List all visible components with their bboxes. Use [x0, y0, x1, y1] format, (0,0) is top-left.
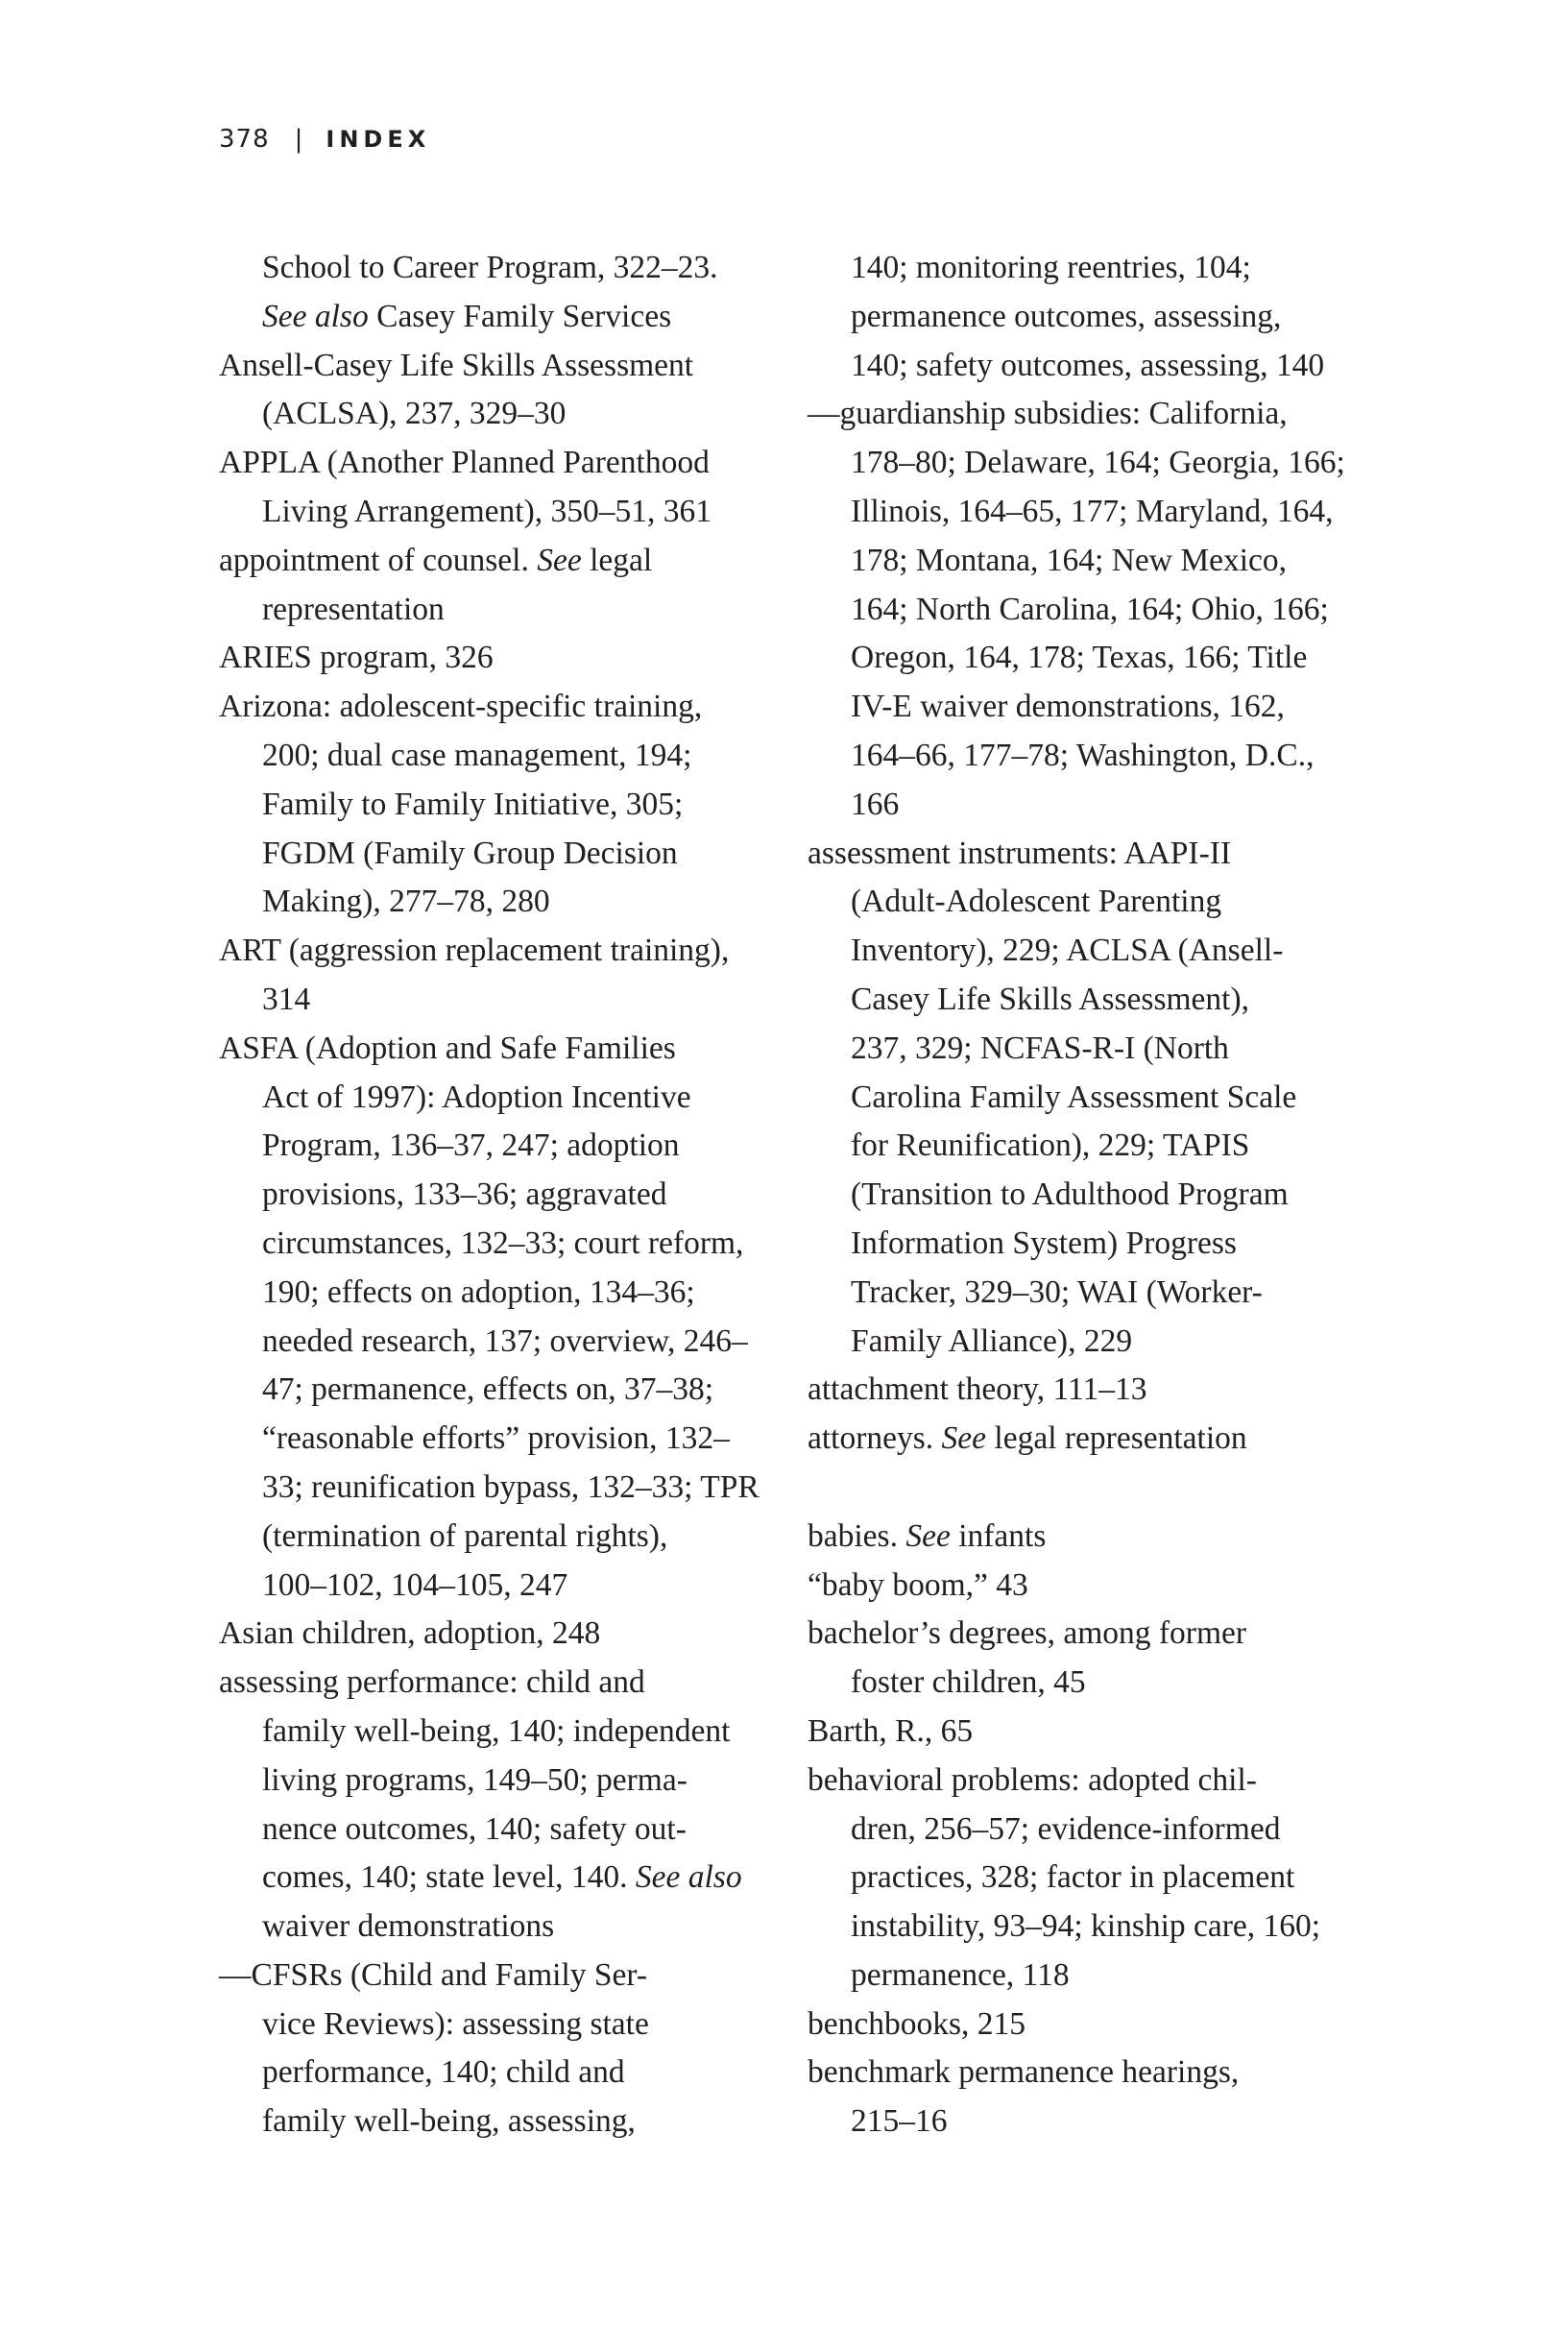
index-column-right: 140; monitoring reentries, 104;permanenc…	[808, 244, 1384, 2146]
entry-text: provisions, 133–36; aggravated	[262, 1176, 666, 1212]
index-entry-continuation: (Adult-Adolescent Parenting	[808, 878, 1384, 927]
page-number: 378	[219, 125, 270, 154]
entry-text: instability, 93–94; kinship care, 160;	[851, 1908, 1320, 1944]
entry-text: practices, 328; factor in placement	[851, 1859, 1294, 1895]
index-entry-continuation: FGDM (Family Group Decision	[219, 830, 795, 879]
entry-text: nence outcomes, 140; safety out-	[262, 1811, 687, 1847]
entry-text: 178; Montana, 164; New Mexico,	[851, 543, 1287, 578]
entry-text: bachelor’s degrees, among former	[808, 1615, 1246, 1651]
index-entry-continuation: representation	[219, 586, 795, 635]
index-entry: Asian children, adoption, 248	[219, 1610, 795, 1659]
index-entry: ARIES program, 326	[219, 634, 795, 683]
entry-text: needed research, 137; overview, 246–	[262, 1323, 748, 1359]
entry-text: 215–16	[851, 2103, 948, 2139]
index-entry: appointment of counsel. See legal	[219, 537, 795, 586]
index-entry-continuation: nence outcomes, 140; safety out-	[219, 1806, 795, 1855]
index-entry-continuation: Information System) Progress	[808, 1220, 1384, 1269]
index-entry-continuation: 237, 329; NCFAS-R-I (North	[808, 1025, 1384, 1074]
entry-text: legal representation	[986, 1420, 1247, 1456]
entry-text: (Adult-Adolescent Parenting	[851, 884, 1221, 919]
entry-text: babies.	[808, 1518, 905, 1554]
entry-text: School to Career Program, 322–23.	[262, 250, 718, 285]
entry-text: 164; North Carolina, 164; Ohio, 166;	[851, 592, 1329, 627]
index-entry: benchmark permanence hearings,	[808, 2049, 1384, 2097]
index-entry-continuation: 47; permanence, effects on, 37–38;	[219, 1366, 795, 1415]
entry-text: attorneys.	[808, 1420, 942, 1456]
entry-text: 140; safety outcomes, assessing, 140	[851, 348, 1324, 383]
entry-text: legal	[582, 543, 652, 578]
entry-text: IV-E waiver demonstrations, 162,	[851, 689, 1285, 724]
cross-reference-label: See	[905, 1518, 951, 1554]
entry-text: —guardianship subsidies: California,	[808, 396, 1288, 431]
index-entry: Ansell-Casey Life Skills Assessment	[219, 342, 795, 391]
entry-text: behavioral problems: adopted chil-	[808, 1762, 1257, 1798]
entry-text: 237, 329; NCFAS-R-I (North	[851, 1031, 1229, 1066]
index-entry: assessing performance: child and	[219, 1659, 795, 1708]
index-entry-continuation: 140; monitoring reentries, 104;	[808, 244, 1384, 293]
section-title: INDEX	[326, 126, 430, 153]
index-entry: ASFA (Adoption and Safe Families	[219, 1025, 795, 1074]
index-entry-continuation: (termination of parental rights),	[219, 1513, 795, 1562]
index-column-left: School to Career Program, 322–23.See als…	[219, 244, 795, 2146]
index-entry-continuation: 164; North Carolina, 164; Ohio, 166;	[808, 586, 1384, 635]
entry-text: FGDM (Family Group Decision	[262, 836, 678, 871]
entry-text: 200; dual case management, 194;	[262, 738, 691, 773]
index-entry-continuation: permanence outcomes, assessing,	[808, 293, 1384, 342]
index-entry-continuation: 140; safety outcomes, assessing, 140	[808, 342, 1384, 391]
cross-reference-label: See	[537, 543, 582, 578]
entry-text: benchbooks, 215	[808, 2006, 1025, 2042]
index-entry-continuation: provisions, 133–36; aggravated	[219, 1171, 795, 1220]
index-entry: ART (aggression replacement training),	[219, 927, 795, 976]
entry-text: 164–66, 177–78; Washington, D.C.,	[851, 738, 1314, 773]
entry-text: Ansell-Casey Life Skills Assessment	[219, 348, 693, 383]
entry-text: “reasonable efforts” provision, 132–	[262, 1420, 730, 1456]
entry-text: permanence, 118	[851, 1957, 1070, 1993]
entry-text: vice Reviews): assessing state	[262, 2006, 649, 2042]
index-entry: bachelor’s degrees, among former	[808, 1610, 1384, 1659]
entry-text: attachment theory, 111–13	[808, 1371, 1147, 1407]
entry-text: Living Arrangement), 350–51, 361	[262, 494, 712, 529]
entry-text: Information System) Progress	[851, 1225, 1237, 1261]
entry-text: representation	[262, 592, 445, 627]
index-entry-continuation: (Transition to Adulthood Program	[808, 1171, 1384, 1220]
entry-text: comes, 140; state level, 140.	[262, 1859, 636, 1895]
index-entry-continuation: School to Career Program, 322–23.	[219, 244, 795, 293]
header-separator: |	[295, 123, 303, 156]
entry-text: foster children, 45	[851, 1664, 1086, 1700]
index-entry-continuation: Family to Family Initiative, 305;	[219, 781, 795, 830]
entry-text: Arizona: adolescent-specific training,	[219, 689, 702, 724]
entry-text: 140; monitoring reentries, 104;	[851, 250, 1251, 285]
running-head: 378|INDEX	[219, 123, 430, 156]
entry-text: living programs, 149–50; perma-	[262, 1762, 688, 1798]
index-entry-continuation: instability, 93–94; kinship care, 160;	[808, 1903, 1384, 1952]
entry-text: assessment instruments: AAPI-II	[808, 836, 1231, 871]
entry-text: 47; permanence, effects on, 37–38;	[262, 1371, 713, 1407]
entry-text: Family Alliance), 229	[851, 1323, 1132, 1359]
index-entry-continuation: 314	[219, 976, 795, 1025]
entry-text: benchmark permanence hearings,	[808, 2054, 1239, 2090]
index-entry-continuation: Carolina Family Assessment Scale	[808, 1074, 1384, 1123]
index-entry-continuation: 215–16	[808, 2097, 1384, 2146]
entry-text: Barth, R., 65	[808, 1713, 973, 1749]
entry-text: Making), 277–78, 280	[262, 884, 550, 919]
entry-text: Illinois, 164–65, 177; Maryland, 164,	[851, 494, 1333, 529]
entry-text: —CFSRs (Child and Family Ser-	[219, 1957, 647, 1993]
entry-text: (termination of parental rights),	[262, 1518, 667, 1554]
entry-text: Act of 1997): Adoption Incentive	[262, 1079, 691, 1115]
entry-text: for Reunification), 229; TAPIS	[851, 1128, 1249, 1163]
index-entry-continuation: for Reunification), 229; TAPIS	[808, 1122, 1384, 1171]
letter-group-gap	[808, 1464, 1384, 1513]
entry-text: 100–102, 104–105, 247	[262, 1567, 567, 1603]
index-entry: —guardianship subsidies: California,	[808, 390, 1384, 439]
index-entry-continuation: circumstances, 132–33; court reform,	[219, 1220, 795, 1269]
entry-text: family well-being, 140; independent	[262, 1713, 730, 1749]
entry-text: ART (aggression replacement training),	[219, 933, 729, 968]
index-entry-continuation: Making), 277–78, 280	[219, 878, 795, 927]
index-entry-continuation: 190; effects on adoption, 134–36;	[219, 1269, 795, 1318]
index-entry-continuation: 100–102, 104–105, 247	[219, 1562, 795, 1611]
entry-text: dren, 256–57; evidence-informed	[851, 1811, 1280, 1847]
entry-text: infants	[951, 1518, 1047, 1554]
index-entry: APPLA (Another Planned Parenthood	[219, 439, 795, 488]
entry-text: assessing performance: child and	[219, 1664, 645, 1700]
index-entry-continuation: 166	[808, 781, 1384, 830]
entry-text: Program, 136–37, 247; adoption	[262, 1128, 680, 1163]
index-entry-continuation: Casey Life Skills Assessment),	[808, 976, 1384, 1025]
index-entry-continuation: 178–80; Delaware, 164; Georgia, 166;	[808, 439, 1384, 488]
entry-text: Tracker, 329–30; WAI (Worker-	[851, 1274, 1263, 1310]
index-entry-continuation: living programs, 149–50; perma-	[219, 1757, 795, 1806]
index-entry-continuation: comes, 140; state level, 140. See also	[219, 1854, 795, 1903]
index-entry-continuation: 200; dual case management, 194;	[219, 732, 795, 781]
entry-text: Carolina Family Assessment Scale	[851, 1079, 1296, 1115]
index-entry: —CFSRs (Child and Family Ser-	[219, 1952, 795, 2000]
entry-text: 33; reunification bypass, 132–33; TPR	[262, 1469, 760, 1505]
index-entry: assessment instruments: AAPI-II	[808, 830, 1384, 879]
entry-text: ARIES program, 326	[219, 640, 494, 675]
index-entry-continuation: foster children, 45	[808, 1659, 1384, 1708]
cross-reference-label: See also	[262, 299, 369, 334]
index-entry-continuation: “reasonable efforts” provision, 132–	[219, 1415, 795, 1464]
index-entry-continuation: vice Reviews): assessing state	[219, 2000, 795, 2049]
index-entry-continuation: Illinois, 164–65, 177; Maryland, 164,	[808, 488, 1384, 537]
index-entry-continuation: IV-E waiver demonstrations, 162,	[808, 683, 1384, 732]
entry-text: family well-being, assessing,	[262, 2103, 636, 2139]
entry-text: (Transition to Adulthood Program	[851, 1176, 1289, 1212]
entry-text: 190; effects on adoption, 134–36;	[262, 1274, 695, 1310]
index-entry-continuation: family well-being, assessing,	[219, 2097, 795, 2146]
index-entry-continuation: See also Casey Family Services	[219, 293, 795, 342]
entry-text: appointment of counsel.	[219, 543, 537, 578]
cross-reference-label: See	[942, 1420, 987, 1456]
entry-text: waiver demonstrations	[262, 1908, 554, 1944]
index-entry-continuation: family well-being, 140; independent	[219, 1708, 795, 1757]
index-entry: Barth, R., 65	[808, 1708, 1384, 1757]
index-entry-continuation: Act of 1997): Adoption Incentive	[219, 1074, 795, 1123]
index-entry-continuation: 33; reunification bypass, 132–33; TPR	[219, 1464, 795, 1513]
entry-text: Family to Family Initiative, 305;	[262, 787, 683, 822]
index-entry: “baby boom,” 43	[808, 1562, 1384, 1611]
entry-text: Casey Life Skills Assessment),	[851, 982, 1249, 1017]
index-entry-continuation: Oregon, 164, 178; Texas, 166; Title	[808, 634, 1384, 683]
entry-text: “baby boom,” 43	[808, 1567, 1028, 1603]
index-entry-continuation: performance, 140; child and	[219, 2049, 795, 2097]
entry-text: performance, 140; child and	[262, 2054, 625, 2090]
entry-text: Casey Family Services	[369, 299, 671, 334]
entry-text: APPLA (Another Planned Parenthood	[219, 445, 710, 480]
index-entry: behavioral problems: adopted chil-	[808, 1757, 1384, 1806]
index-entry-continuation: Family Alliance), 229	[808, 1318, 1384, 1367]
index-entry: Arizona: adolescent-specific training,	[219, 683, 795, 732]
index-entry-continuation: waiver demonstrations	[219, 1903, 795, 1952]
index-entry-continuation: Inventory), 229; ACLSA (Ansell-	[808, 927, 1384, 976]
entry-text: Inventory), 229; ACLSA (Ansell-	[851, 933, 1283, 968]
index-entry-continuation: dren, 256–57; evidence-informed	[808, 1806, 1384, 1855]
index-entry-continuation: (ACLSA), 237, 329–30	[219, 390, 795, 439]
index-entry: attorneys. See legal representation	[808, 1415, 1384, 1464]
index-entry-continuation: Tracker, 329–30; WAI (Worker-	[808, 1269, 1384, 1318]
index-entry-continuation: practices, 328; factor in placement	[808, 1854, 1384, 1903]
index-entry-continuation: needed research, 137; overview, 246–	[219, 1318, 795, 1367]
entry-text: 166	[851, 787, 899, 822]
index-entry-continuation: 178; Montana, 164; New Mexico,	[808, 537, 1384, 586]
entry-text: Asian children, adoption, 248	[219, 1615, 600, 1651]
index-entry-continuation: 164–66, 177–78; Washington, D.C.,	[808, 732, 1384, 781]
cross-reference-label: See also	[636, 1859, 742, 1895]
index-entry: attachment theory, 111–13	[808, 1366, 1384, 1415]
index-entry-continuation: Program, 136–37, 247; adoption	[219, 1122, 795, 1171]
entry-text: permanence outcomes, assessing,	[851, 299, 1281, 334]
entry-text: (ACLSA), 237, 329–30	[262, 396, 566, 431]
entry-text: 178–80; Delaware, 164; Georgia, 166;	[851, 445, 1345, 480]
entry-text: circumstances, 132–33; court reform,	[262, 1225, 743, 1261]
index-entry-continuation: Living Arrangement), 350–51, 361	[219, 488, 795, 537]
index-entry: babies. See infants	[808, 1513, 1384, 1562]
index-entry: benchbooks, 215	[808, 2000, 1384, 2049]
entry-text: Oregon, 164, 178; Texas, 166; Title	[851, 640, 1307, 675]
entry-text: 314	[262, 982, 310, 1017]
index-entry-continuation: permanence, 118	[808, 1952, 1384, 2000]
entry-text: ASFA (Adoption and Safe Families	[219, 1031, 676, 1066]
